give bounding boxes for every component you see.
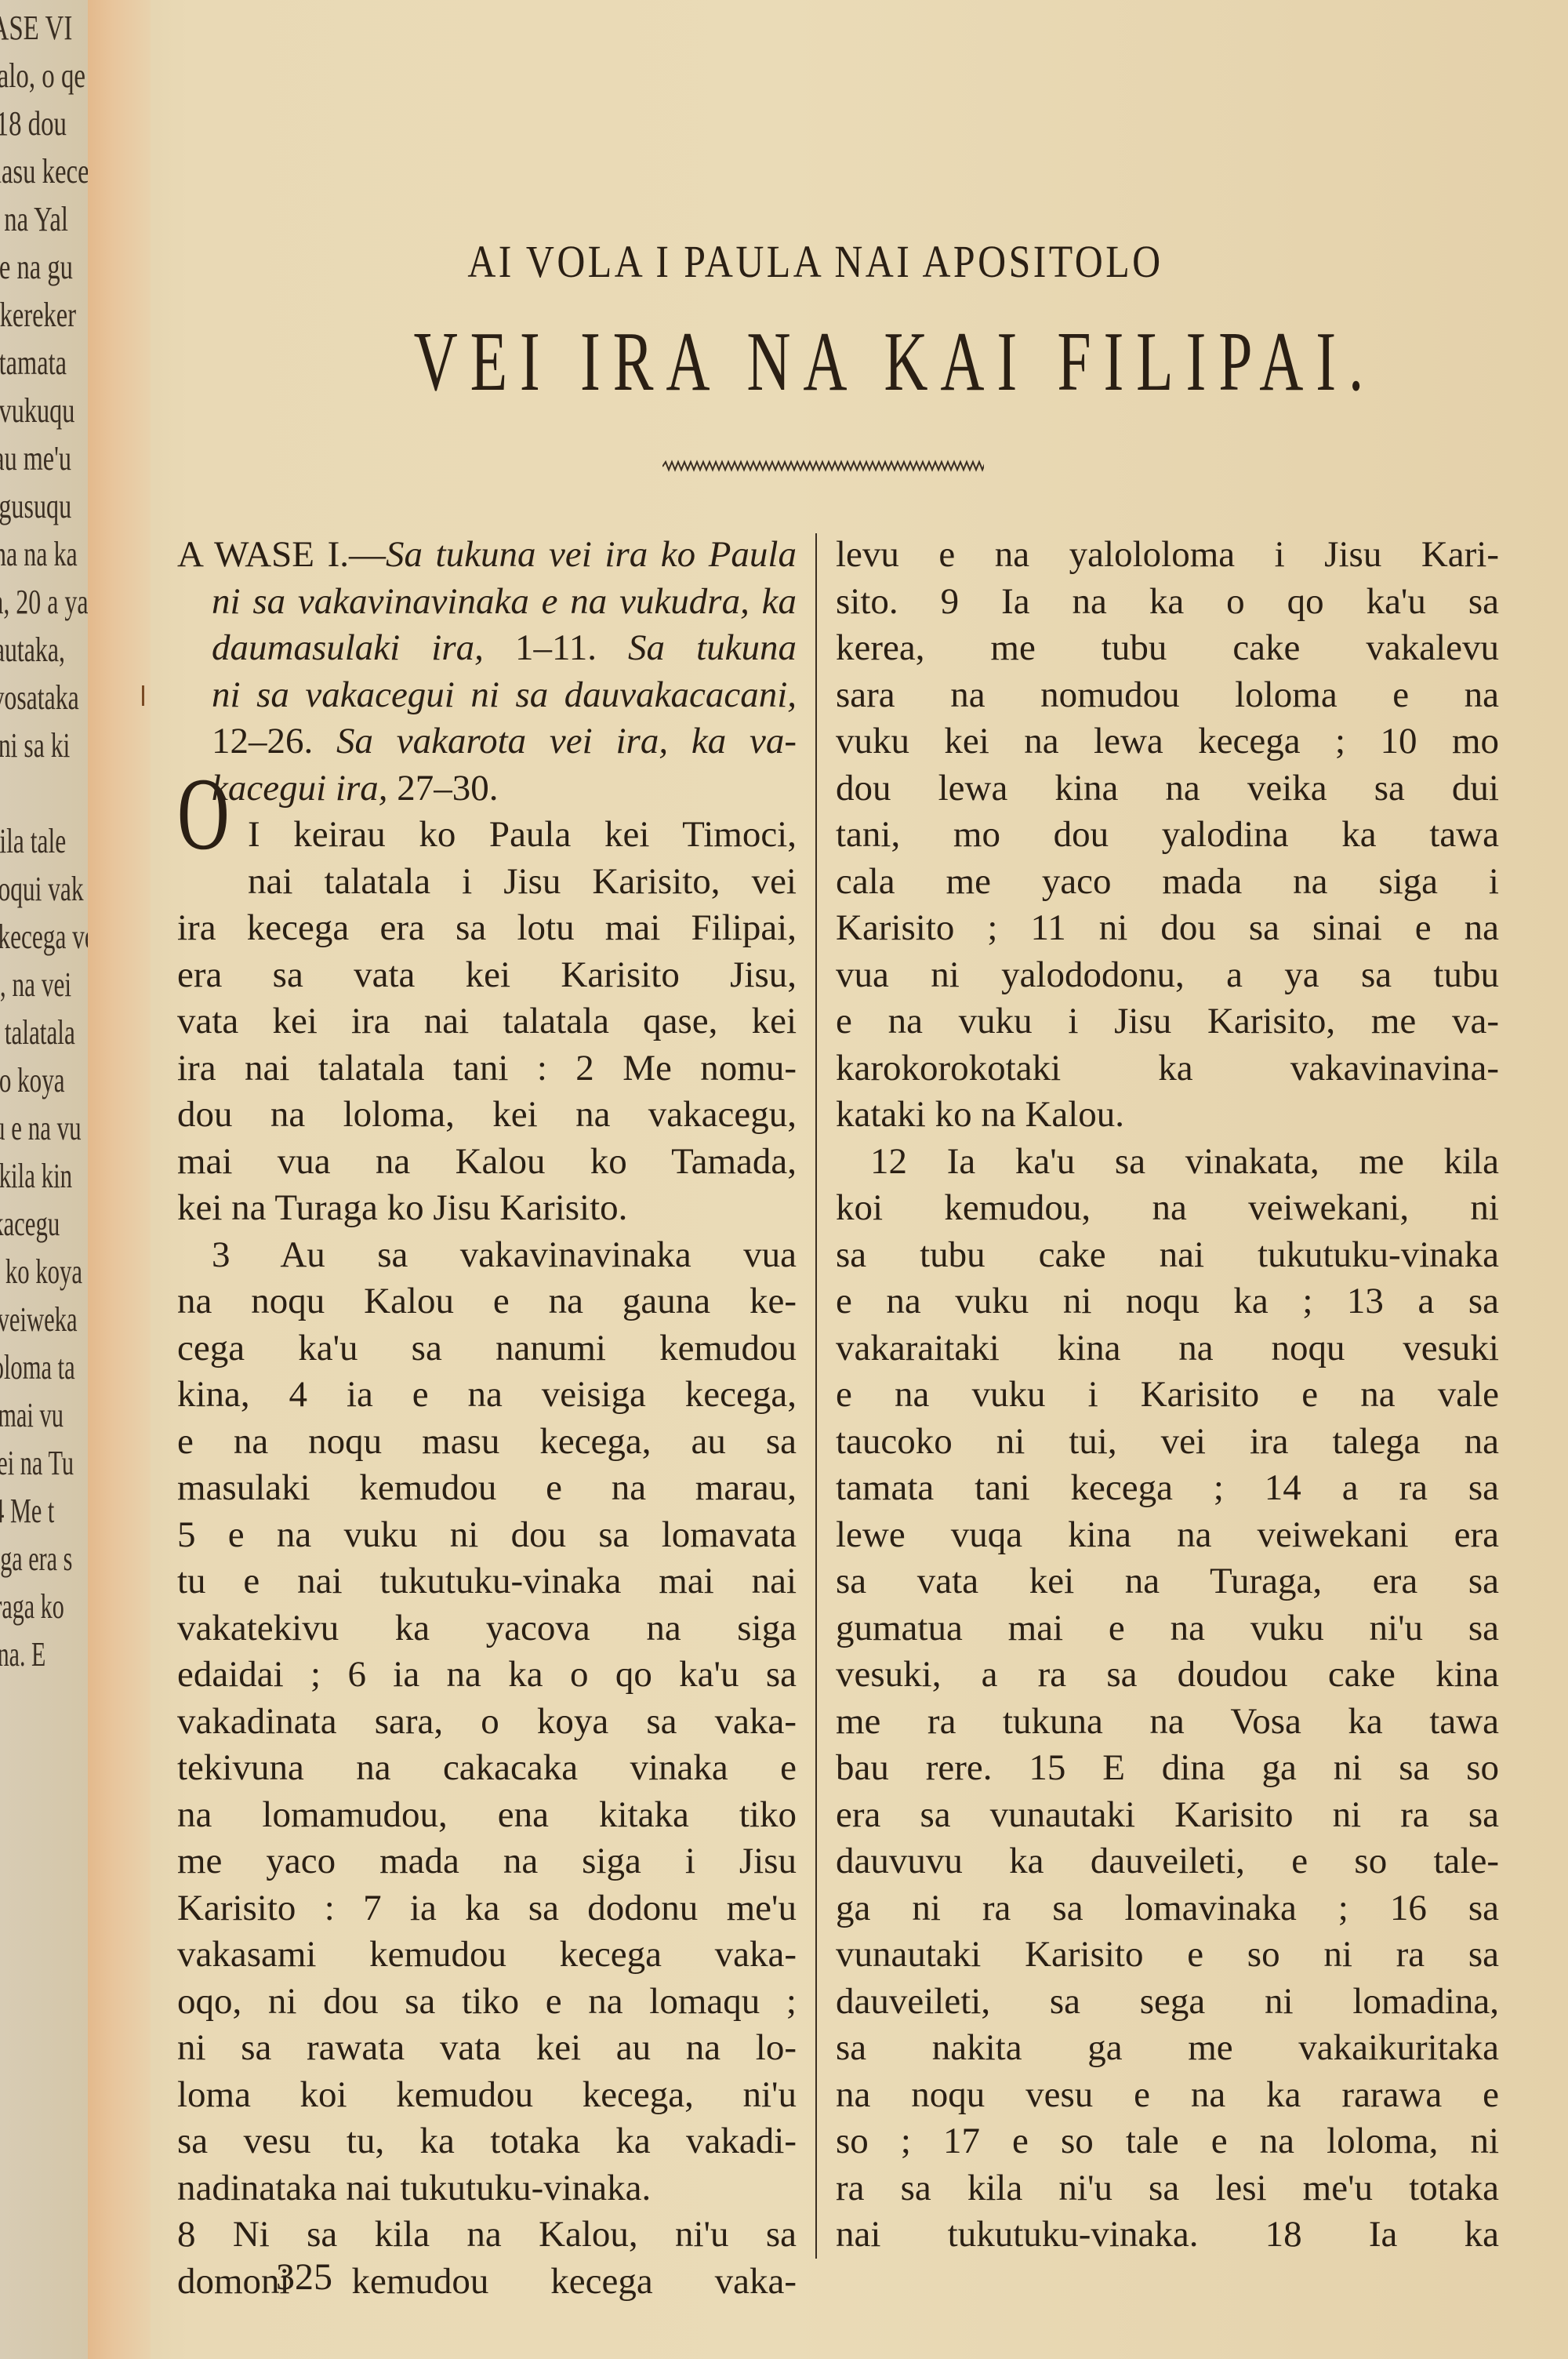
text-line: era sa vata kei Karisito Jisu, (177, 952, 797, 999)
text-line: kina, 4 ia e na veisiga kecega, (177, 1372, 797, 1419)
facing-page-line: lou ko koya (0, 1252, 82, 1292)
facing-page-line: 22 o koya (0, 1060, 65, 1100)
text-line: cega ka'u sa nanumi kemudou (177, 1325, 797, 1372)
text-line: 5 e na vuku ni dou sa lomavata (177, 1512, 797, 1559)
text-line: sa vesu tu, ka totaka ka vakadi- (177, 2118, 797, 2165)
text-line: Karisito : 7 ia ka sa dodonu me'u (177, 1885, 797, 1932)
text-line: dou na loloma, kei na vakacegu, (177, 1092, 797, 1139)
facing-page-line: ka kecega ve (0, 917, 93, 957)
text-line: sara na nomudou loloma e na (836, 672, 1499, 719)
text-line: 8 Ni sa kila na Kalou, ni'u sa (177, 2212, 797, 2259)
facing-page-line: Turaga ko (0, 1587, 64, 1627)
text-line: vakatekivu ka yacova na siga (177, 1605, 797, 1652)
text-line: taucoko ni tui, vei ira talega na (836, 1419, 1499, 1466)
text-line: ga ni ra sa lomavinaka ; 16 sa (836, 1885, 1499, 1932)
facing-page-line: a loloma ta (0, 1347, 75, 1387)
text-line: dou lewa kina na veika sa dui (836, 765, 1499, 812)
facing-page-line: na gusuqu (0, 486, 71, 526)
facing-page-line: aka, 20 a ya (0, 582, 89, 622)
text-line: I keirau ko Paula kei Timoci, (177, 812, 797, 859)
facing-page-line: ei au me'u (0, 438, 71, 478)
text-line: gumatua mai e na vuku ni'u sa (836, 1605, 1499, 1652)
text-line: e na vuku i Jisu Karisito, me va- (836, 998, 1499, 1045)
text-line: bau rere. 15 E dina ga ni sa so (836, 1745, 1499, 1792)
text-line: e na noqu masu kecega, au sa (177, 1419, 797, 1466)
margin-mark (142, 685, 144, 706)
text-line: dauveileti, sa sega ni lomadina, (836, 1979, 1499, 2026)
text-line: me yaco mada na siga i Jisu (177, 1838, 797, 1885)
text-line: tu e nai tukutuku-vinaka mai nai (177, 1558, 797, 1605)
facing-page-line: ou kila kin (0, 1156, 72, 1196)
chapter-summary-line: ni sa vakacegui ni sa dauvakacacani, (177, 672, 797, 719)
facing-page-line: a noqui vak (0, 869, 84, 909)
text-line: lewe vuqa kina na veiwekani era (836, 1512, 1499, 1559)
text-line: sito. 9 Ia na ka o qo ka'u sa (836, 579, 1499, 626)
text-line: Karisito ; 11 ni dou sa sinai e na (836, 905, 1499, 952)
drop-cap: O (177, 767, 230, 861)
text-line: tekivuna na cakacaka vinaka e (177, 1745, 797, 1792)
text-line: domoni kemudou kecega vaka- (177, 2259, 797, 2306)
text-line: oqo, ni dou sa tiko e na lomaqu ; (177, 1979, 797, 2026)
facing-page-line: laukereker (0, 295, 76, 335)
text-line: vuku kei na lewa kecega ; 10 mo (836, 718, 1499, 765)
text-line: mai vua na Kalou ko Tamada, (177, 1139, 797, 1186)
text-line: kerea, me tubu cake vakalevu (836, 625, 1499, 672)
facing-page-line: vakacegu (0, 1204, 60, 1244)
text-line: 3 Au sa vakavinavinaka vua (177, 1232, 797, 1279)
text-line: ni sa rawata vata kei au na lo- (177, 2025, 797, 2072)
text-line: nadinataka nai tukutuku-vinaka. (177, 2165, 797, 2212)
text-line: loma koi kemudou kecega, ni'u (177, 2072, 797, 2119)
text-line: nai tukutuku-vinaka. 18 Ia ka (836, 2212, 1499, 2259)
left-column: A WASE I.—Sa tukuna vei ira ko Paulani s… (177, 532, 797, 2305)
text-line: e na vuku i Karisito e na vale (836, 1372, 1499, 1419)
column-divider (815, 533, 817, 2259)
facing-page-line: umasu kece (0, 151, 89, 191)
wavy-rule-ornament-icon (662, 459, 984, 474)
text-line: vakaraitaki kina na noqu vesuki (836, 1325, 1499, 1372)
text-line: na lomamudou, ena kitaka tiko (177, 1792, 797, 1839)
text-line: na noqu Kalou e na gauna ke- (177, 1278, 797, 1325)
text-line: kataki ko na Kalou. (836, 1092, 1499, 1139)
facing-page-edge: WASE VIi Yalo, o qei : 18 douumasu kecee… (0, 0, 93, 2359)
text-line: ra sa kila ni'u sa lesi me'u totaka (836, 2165, 1499, 2212)
facing-page-line: adina. E (0, 1634, 45, 1674)
text-line: sa tubu cake nai tukutuku-vinaka (836, 1232, 1499, 1279)
facing-page-line: a kei na Tu (0, 1443, 74, 1483)
chapter-summary-line: daumasulaki ira, 1–11. Sa tukuna (177, 625, 797, 672)
text-line: vakasami kemudou kecega vaka- (177, 1932, 797, 1979)
facing-page-line: nai talatala (0, 1012, 75, 1052)
text-line: vata kei ira nai talatala qase, kei (177, 998, 797, 1045)
text-line: kei na Turaga ko Jisu Karisito. (177, 1185, 797, 1232)
text-line: vua ni yalododonu, a ya sa tubu (836, 952, 1499, 999)
facing-page-line: 'u vosataka (0, 678, 79, 718)
text-line: tani, mo dou yalodina ka tawa (836, 812, 1499, 859)
facing-page-line: dou e na vu (0, 1108, 82, 1148)
chapter-summary-line: 12–26. Sa vakarota vei ira, ka va- (177, 718, 797, 765)
chapter-summary-line: A WASE I.—Sa tukuna vei ira ko Paula (177, 532, 797, 579)
text-line: me ra tukuna na Vosa ka tawa (836, 1699, 1499, 1746)
main-title: VEI IRA NA KAI FILIPAI. (414, 314, 1227, 411)
text-line: vakadinata sara, o koya sa vaka- (177, 1699, 797, 1746)
text-line: so ; 17 e so tale e na loloma, ni (836, 2118, 1499, 2165)
text-line: edaidai ; 6 ia na ka o qo ka'u sa (177, 1652, 797, 1699)
text-line: sa nakita ga me vakaikuritaka (836, 2025, 1499, 2072)
facing-page-line: kuna na ka (0, 534, 78, 574)
facing-page-line: i Yalo, o qe (0, 56, 85, 96)
right-column: levu e na yalololoma i Jisu Kari-sito. 9… (836, 532, 1499, 2259)
text-line: dauvuvu ka dauveileti, e so tale- (836, 1838, 1499, 1885)
facing-page-line: WASE VI (0, 8, 72, 48)
text-line: era sa vunautaki Karisito ni ra sa (836, 1792, 1499, 1839)
text-line: sa vata kei na Turaga, era sa (836, 1558, 1499, 1605)
facing-page-line: . 24 Me t (0, 1491, 54, 1531)
text-line: masulaki kemudou e na marau, (177, 1465, 797, 1512)
facing-page-line: iko, na vei (0, 965, 71, 1005)
facing-page-line: na veiweka (0, 1299, 78, 1339)
text-line: nai talatala i Jisu Karisito, vei (177, 859, 797, 906)
chapter-summary-line: kacegui ira, 27–30. (177, 765, 797, 812)
facing-page-line: ta, mai vu (0, 1395, 64, 1435)
facing-page-line: na tamata (0, 343, 67, 383)
facing-page-line: u kila tale (0, 821, 66, 861)
facing-page-line: e e na Yal (0, 199, 68, 239)
text-line: e na vuku ni noqu ka ; 13 a sa (836, 1278, 1499, 1325)
book-page: WASE VIi Yalo, o qei : 18 douumasu kecee… (0, 0, 1568, 2359)
chapter-summary-line: ni sa vakavinavinaka e na vukudra, ka (177, 579, 797, 626)
facing-page-line: unautaka, (0, 630, 65, 670)
facing-page-line: na vukuqu (0, 391, 74, 431)
text-line: ira kecega era sa lotu mai Filipai, (177, 905, 797, 952)
running-title: AI VOLA I PAULA NAI APOSITOLO (114, 235, 1517, 288)
text-line: vunautaki Karisito e so ni ra sa (836, 1932, 1499, 1979)
text-line: koi kemudou, na veiwekani, ni (836, 1185, 1499, 1232)
text-line: vesuki, a ra sa doudou cake kina (836, 1652, 1499, 1699)
facing-page-line: ecega era s (0, 1539, 72, 1579)
text-line: tamata tani kecega ; 14 a ra sa (836, 1465, 1499, 1512)
text-line: ira nai talatala tani : 2 Me nomu- (177, 1045, 797, 1092)
page-gutter (88, 0, 151, 2359)
text-line: karokorokotaki ka vakavinavina- (836, 1045, 1499, 1092)
text-line: na noqu vesu e na ka rarawa e (836, 2072, 1499, 2119)
facing-page-line: na e na gu (0, 247, 73, 287)
facing-page-line: i : 18 dou (0, 104, 67, 144)
facing-page-line: ka ni sa ki (0, 725, 70, 765)
page-number: 325 (276, 2255, 332, 2299)
text-line: levu e na yalololoma i Jisu Kari- (836, 532, 1499, 579)
text-line: cala me yaco mada na siga i (836, 859, 1499, 906)
text-line: 12 Ia ka'u sa vinakata, me kila (836, 1139, 1499, 1186)
